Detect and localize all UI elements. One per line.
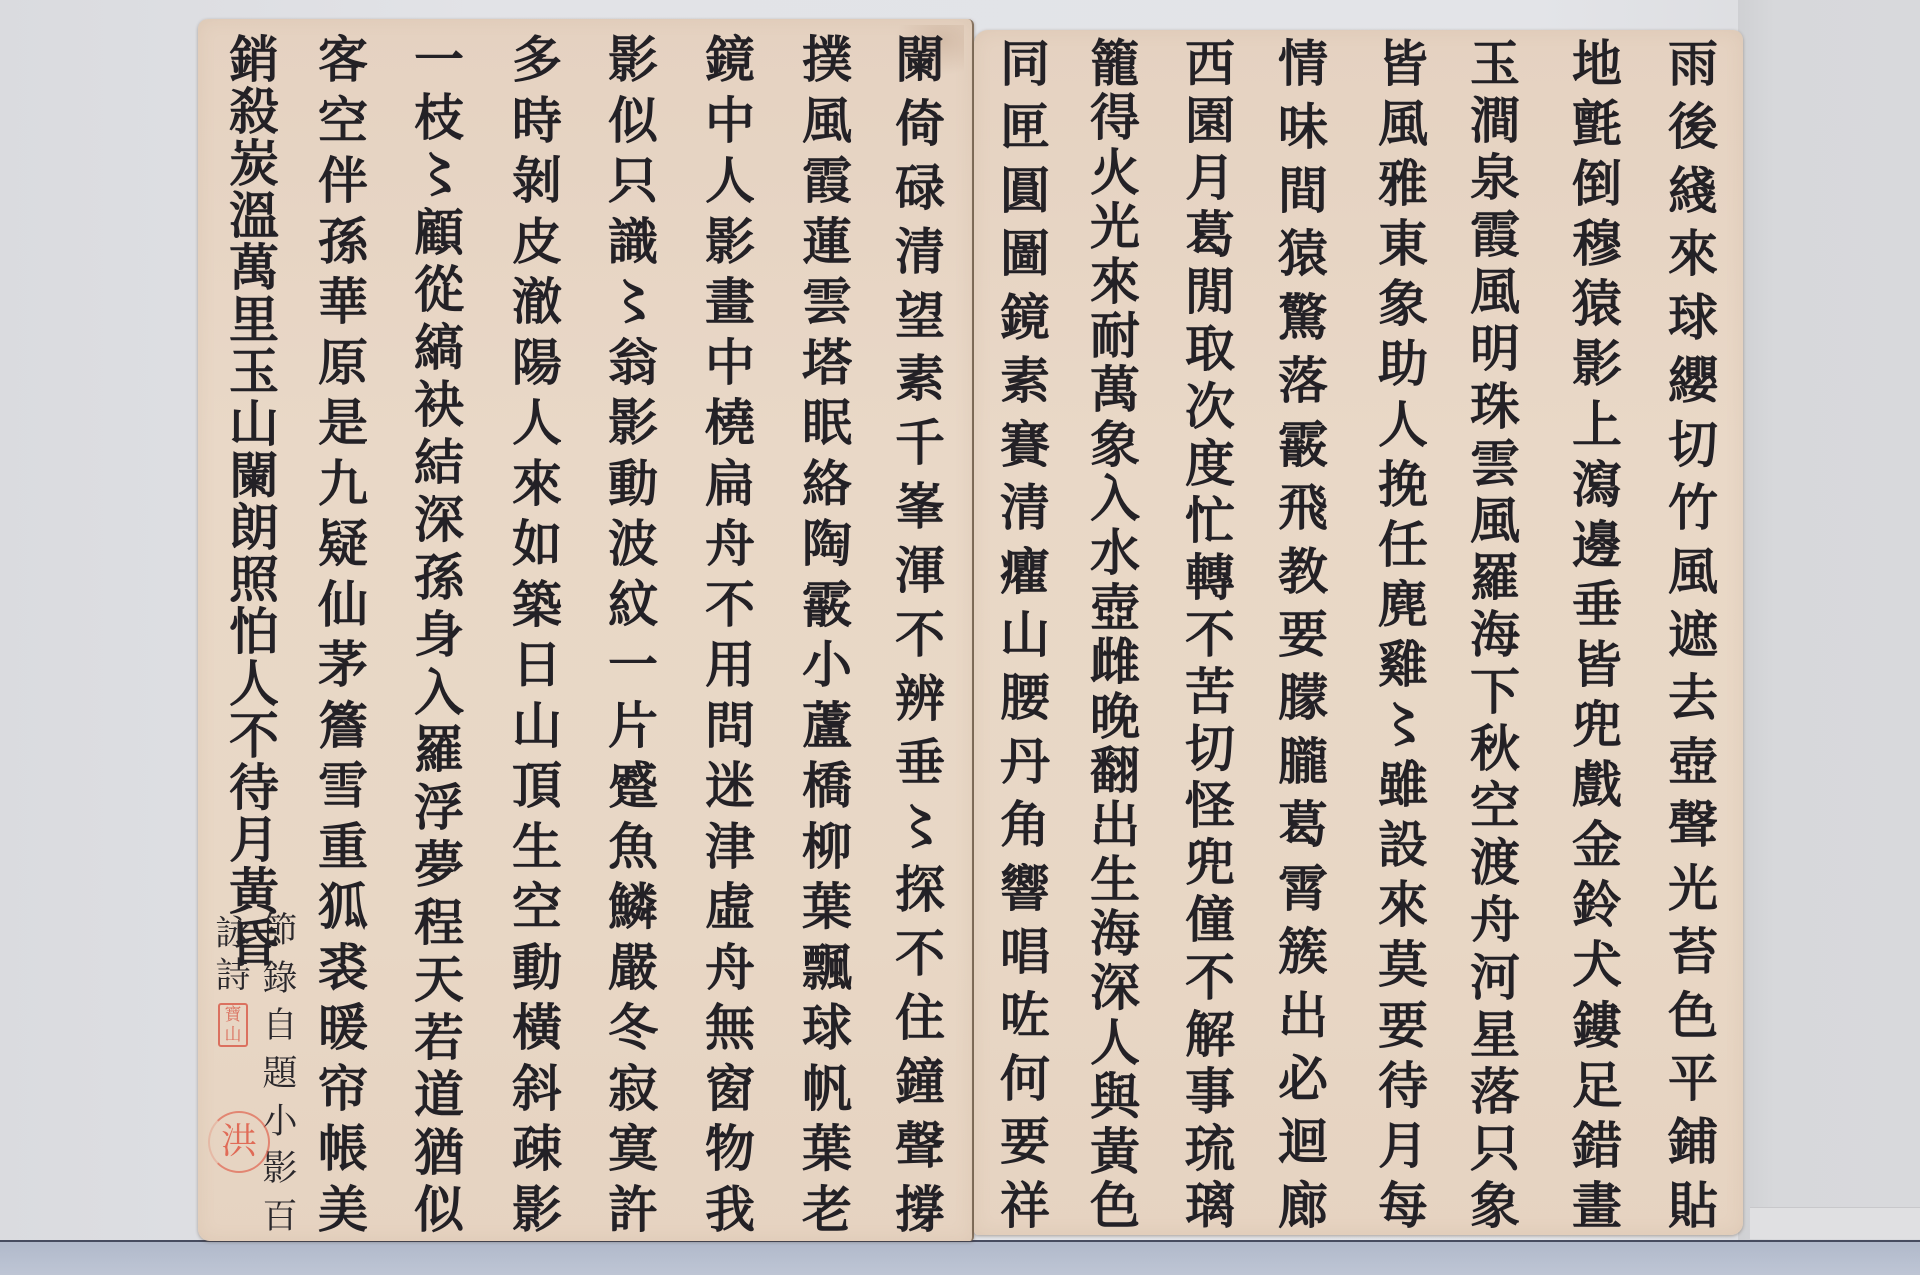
calligraphy-character: 西 — [1185, 38, 1235, 90]
calligraphy-character: 怕 — [229, 606, 279, 658]
calligraphy-character: 物 — [705, 1123, 755, 1175]
calligraphy-character: 窗 — [705, 1063, 755, 1115]
calligraphy-character: 動 — [512, 942, 562, 994]
calligraphy-character: 渾 — [895, 545, 945, 597]
calligraphy-character: 住 — [895, 992, 945, 1044]
calligraphy-character: 柳 — [802, 821, 852, 873]
calligraphy-character: 片 — [608, 700, 658, 752]
calligraphy-character: 畫 — [705, 276, 755, 328]
calligraphy-character: 壺 — [1090, 582, 1140, 634]
calligraphy-character: 空 — [1470, 780, 1520, 832]
calligraphy-character: 來 — [512, 458, 562, 510]
calligraphy-character: 鏤 — [1572, 1000, 1622, 1052]
calligraphy-character: 情 — [1278, 38, 1328, 90]
calligraphy-character: 次 — [1185, 381, 1235, 433]
calligraphy-character: 秋 — [1470, 723, 1520, 775]
calligraphy-character: 鋪 — [1668, 1116, 1718, 1168]
text-column-8: 銷殺炭溫萬里玉山闌朗照怕人不待月黃昏 — [224, 34, 284, 931]
text-column-4: 影似只識〻翁影動波紋一片蹙魚鱗嚴冬寂寞許 — [603, 34, 663, 1236]
calligraphy-character: 去 — [1668, 672, 1718, 724]
calligraphy-character: 美 — [318, 1184, 368, 1236]
calligraphy-character: 塔 — [802, 337, 852, 389]
calligraphy-character: 舟 — [705, 518, 755, 570]
text-column-2: 撲風霞蓮雲塔眠絡陶霰小蘆橋柳葉飄球帆葉老 — [797, 34, 857, 1236]
calligraphy-character: 閒 — [1185, 266, 1235, 318]
calligraphy-character: 寞 — [608, 1123, 658, 1175]
calligraphy-character: 雅 — [1378, 158, 1428, 210]
calligraphy-character: 闌 — [229, 450, 279, 502]
calligraphy-character: 若 — [414, 1012, 464, 1064]
calligraphy-character: 頂 — [512, 760, 562, 812]
calligraphy-character: 火 — [1090, 147, 1140, 199]
text-column-5: 多時剝皮澈陽人來如築日山頂生空動橫斜疎影 — [507, 34, 567, 1236]
text-column-2: 地氈倒穆猿影上瀉邊垂皆兜戲金鈴犬鏤足錯畫 — [1567, 38, 1627, 1232]
calligraphy-character: 黃 — [1090, 1126, 1140, 1178]
calligraphy-character: 皆 — [1378, 38, 1428, 90]
calligraphy-character: 原 — [318, 337, 368, 389]
calligraphy-character: 陽 — [512, 337, 562, 389]
calligraphy-character: 老 — [802, 1184, 852, 1236]
calligraphy-character: 海 — [1470, 609, 1520, 661]
calligraphy-character: 設 — [1378, 819, 1428, 871]
text-column-3: 玉澗泉霞風明珠雲風羅海下秋空渡舟河星落只象 — [1465, 38, 1525, 1232]
calligraphy-character: 生 — [512, 821, 562, 873]
calligraphy-character: 聲 — [1668, 799, 1718, 851]
calligraphy-character: 來 — [1090, 256, 1140, 308]
calligraphy-character: 峯 — [895, 481, 945, 533]
calligraphy-character: 夢 — [414, 839, 464, 891]
calligraphy-character: 每 — [1378, 1180, 1428, 1232]
calligraphy-character: 里 — [229, 294, 279, 346]
calligraphy-character: 殺 — [229, 86, 279, 138]
calligraphy-character: 深 — [414, 494, 464, 546]
calligraphy-character: 碌 — [895, 162, 945, 214]
calligraphy-character: 星 — [1470, 1009, 1520, 1061]
calligraphy-character: 腰 — [1000, 672, 1050, 724]
calligraphy-character: 蓮 — [802, 216, 852, 268]
calligraphy-character: 陶 — [802, 518, 852, 570]
calligraphy-character: 風 — [1378, 98, 1428, 150]
calligraphy-character: 間 — [1278, 165, 1328, 217]
calligraphy-character: 探 — [895, 864, 945, 916]
calligraphy-character: 雲 — [1470, 438, 1520, 490]
calligraphy-character: 下 — [1470, 666, 1520, 718]
calligraphy-character: 河 — [1470, 952, 1520, 1004]
calligraphy-character: 角 — [1000, 799, 1050, 851]
calligraphy-character: 倚 — [895, 98, 945, 150]
calligraphy-character: 要 — [1000, 1116, 1050, 1168]
calligraphy-character: 〻 — [414, 149, 464, 201]
calligraphy-character: 飄 — [802, 942, 852, 994]
calligraphy-character: 教 — [1278, 546, 1328, 598]
calligraphy-character: 色 — [1090, 1180, 1140, 1232]
calligraphy-character: 仙 — [318, 579, 368, 631]
calligraphy-character: 助 — [1378, 338, 1428, 390]
calligraphy-character: 風 — [1470, 266, 1520, 318]
calligraphy-character: 影 — [608, 34, 658, 86]
calligraphy-character: 唱 — [1000, 926, 1050, 978]
calligraphy-character: 猶 — [414, 1127, 464, 1179]
calligraphy-character: 空 — [512, 881, 562, 933]
calligraphy-character: 琉 — [1185, 1123, 1235, 1175]
calligraphy-character: 球 — [802, 1002, 852, 1054]
calligraphy-character: 圖 — [1000, 228, 1050, 280]
calligraphy-character: 撐 — [895, 1184, 945, 1236]
calligraphy-character: 畫 — [1572, 1180, 1622, 1232]
calligraphy-character: 寂 — [608, 1063, 658, 1115]
text-column-5: 情味間猿驚落霰飛教要朦朧葛霄簇出必迴廊 — [1273, 38, 1333, 1232]
text-column-4: 皆風雅東象助人挽任麂雞〻雖設來莫要待月每 — [1373, 38, 1433, 1232]
calligraphy-character: 咗 — [1000, 990, 1050, 1042]
calligraphy-character: 翁 — [608, 337, 658, 389]
calligraphy-character: 朗 — [229, 502, 279, 554]
inscription-side: 詠詩 — [211, 915, 255, 995]
calligraphy-character: 中 — [705, 337, 755, 389]
calligraphy-character: 自 — [262, 1007, 297, 1045]
calligraphy-character: 鱗 — [608, 881, 658, 933]
calligraphy-character: 寶 — [225, 1006, 242, 1025]
calligraphy-character: 月 — [1378, 1120, 1428, 1172]
calligraphy-character: 築 — [512, 579, 562, 631]
calligraphy-character: 轉 — [1185, 552, 1235, 604]
calligraphy-character: 許 — [608, 1184, 658, 1236]
calligraphy-character: 簷 — [318, 700, 368, 752]
calligraphy-character: 照 — [229, 554, 279, 606]
round-seal: 洪 — [208, 1111, 270, 1173]
calligraphy-character: 簇 — [1278, 926, 1328, 978]
calligraphy-character: 影 — [705, 216, 755, 268]
calligraphy-character: 小 — [802, 639, 852, 691]
calligraphy-character: 〻 — [1378, 699, 1428, 751]
calligraphy-character: 萬 — [1090, 364, 1140, 416]
calligraphy-character: 山 — [1000, 609, 1050, 661]
calligraphy-character: 不 — [1185, 952, 1235, 1004]
calligraphy-character: 狐 — [318, 881, 368, 933]
calligraphy-character: 度 — [1185, 438, 1235, 490]
calligraphy-character: 天 — [414, 954, 464, 1006]
calligraphy-character: 深 — [1090, 962, 1140, 1014]
calligraphy-character: 渡 — [1470, 837, 1520, 889]
calligraphy-character: 雪 — [318, 760, 368, 812]
calligraphy-character: 戲 — [1572, 759, 1622, 811]
calligraphy-character: 日 — [512, 639, 562, 691]
calligraphy-character: 玉 — [1470, 38, 1520, 90]
calligraphy-character: 丹 — [1000, 736, 1050, 788]
calligraphy-character: 葉 — [802, 881, 852, 933]
calligraphy-character: 山 — [512, 700, 562, 752]
calligraphy-character: 虛 — [705, 881, 755, 933]
calligraphy-character: 兜 — [1185, 837, 1235, 889]
calligraphy-character: 猿 — [1572, 278, 1622, 330]
calligraphy-character: 犬 — [1572, 939, 1622, 991]
calligraphy-character: 園 — [1185, 95, 1235, 147]
calligraphy-character: 人 — [1378, 399, 1428, 451]
calligraphy-character: 斜 — [512, 1063, 562, 1115]
calligraphy-character: 耐 — [1090, 310, 1140, 362]
calligraphy-character: 茅 — [318, 639, 368, 691]
calligraphy-character: 冬 — [608, 1002, 658, 1054]
calligraphy-character: 客 — [318, 34, 368, 86]
calligraphy-character: 象 — [1470, 1180, 1520, 1232]
calligraphy-character: 光 — [1090, 201, 1140, 253]
calligraphy-character: 萬 — [229, 242, 279, 294]
calligraphy-character: 山 — [229, 398, 279, 450]
calligraphy-character: 問 — [705, 700, 755, 752]
calligraphy-character: 解 — [1185, 1009, 1235, 1061]
text-column-7: 籠得火光來耐萬象入水壺雌晚翻出生海深人與黃色 — [1085, 38, 1145, 1232]
calligraphy-character: 水 — [1090, 527, 1140, 579]
calligraphy-character: 來 — [1668, 228, 1718, 280]
calligraphy-character: 識 — [608, 216, 658, 268]
calligraphy-character: 貼 — [1668, 1180, 1718, 1232]
calligraphy-character: 疎 — [512, 1123, 562, 1175]
calligraphy-character: 顧 — [414, 207, 464, 259]
calligraphy-character: 雨 — [1668, 38, 1718, 90]
calligraphy-character: 舟 — [705, 942, 755, 994]
calligraphy-character: 氈 — [1572, 98, 1622, 150]
calligraphy-character: 必 — [1278, 1053, 1328, 1105]
calligraphy-character: 溫 — [229, 190, 279, 242]
calligraphy-character: 帳 — [318, 1123, 368, 1175]
calligraphy-character: 金 — [1572, 819, 1622, 871]
calligraphy-character: 時 — [512, 95, 562, 147]
calligraphy-character: 伴 — [318, 155, 368, 207]
calligraphy-character: 袂 — [414, 379, 464, 431]
calligraphy-character: 聲 — [895, 1120, 945, 1172]
calligraphy-character: 風 — [1470, 495, 1520, 547]
calligraphy-character: 辨 — [895, 673, 945, 725]
calligraphy-character: 縞 — [414, 322, 464, 374]
calligraphy-character: 雖 — [1378, 759, 1428, 811]
calligraphy-character: 絡 — [802, 458, 852, 510]
calligraphy-character: 綫 — [1668, 165, 1718, 217]
calligraphy-character: 雌 — [1090, 636, 1140, 688]
calligraphy-character: 何 — [1000, 1053, 1050, 1105]
board-lip — [1750, 1207, 1920, 1239]
calligraphy-character: 切 — [1668, 419, 1718, 471]
calligraphy-character: 帘 — [318, 1063, 368, 1115]
calligraphy-character: 璃 — [1185, 1180, 1235, 1232]
calligraphy-character: 與 — [1090, 1071, 1140, 1123]
calligraphy-character: 月 — [229, 814, 279, 866]
inscription-main: 節錄自題小影百 — [258, 912, 302, 1236]
text-column-3: 鏡中人影畫中橈扁舟不用問迷津虛舟無窗物我 — [700, 34, 760, 1236]
calligraphy-character: 要 — [1278, 609, 1328, 661]
calligraphy-character: 如 — [512, 518, 562, 570]
calligraphy-character: 橋 — [802, 760, 852, 812]
calligraphy-character: 任 — [1378, 519, 1428, 571]
calligraphy-character: 匣 — [1000, 101, 1050, 153]
calligraphy-character: 波 — [608, 518, 658, 570]
calligraphy-character: 取 — [1185, 323, 1235, 375]
calligraphy-character: 驚 — [1278, 292, 1328, 344]
calligraphy-character: 出 — [1090, 799, 1140, 851]
text-column-6: 西園月葛閒取次度忙轉不苦切怪兜僮不解事琉璃 — [1180, 38, 1240, 1232]
calligraphy-character: 挽 — [1378, 459, 1428, 511]
calligraphy-character: 千 — [895, 417, 945, 469]
calligraphy-character: 足 — [1572, 1060, 1622, 1112]
calligraphy-character: 霰 — [802, 579, 852, 631]
calligraphy-character: 壺 — [1668, 736, 1718, 788]
calligraphy-character: 眠 — [802, 397, 852, 449]
calligraphy-character: 迴 — [1278, 1116, 1328, 1168]
calligraphy-character: 清 — [1000, 482, 1050, 534]
calligraphy-character: 垂 — [895, 737, 945, 789]
calligraphy-character: 雲 — [802, 276, 852, 328]
calligraphy-character: 結 — [414, 437, 464, 489]
calligraphy-character: 朧 — [1278, 736, 1328, 788]
calligraphy-character: 枝 — [414, 92, 464, 144]
text-column-6: 一枝〻顧從縞袂結深孫身入羅浮夢程天若道猶似 — [409, 34, 469, 1236]
calligraphy-character: 忙 — [1185, 495, 1235, 547]
calligraphy-character: 霞 — [1470, 209, 1520, 261]
calligraphy-character: 影 — [262, 1150, 297, 1188]
calligraphy-character: 鐘 — [895, 1056, 945, 1108]
calligraphy-character: 籠 — [1090, 38, 1140, 90]
calligraphy-character: 人 — [512, 397, 562, 449]
calligraphy-character: 象 — [1090, 419, 1140, 471]
calligraphy-character: 詠 — [215, 915, 250, 953]
calligraphy-character: 生 — [1090, 854, 1140, 906]
calligraphy-character: 影 — [608, 397, 658, 449]
calligraphy-character: 球 — [1668, 292, 1718, 344]
calligraphy-character: 事 — [1185, 1066, 1235, 1118]
calligraphy-character: 霞 — [802, 155, 852, 207]
calligraphy-character: 疑 — [318, 518, 368, 570]
calligraphy-character: 纓 — [1668, 355, 1718, 407]
calligraphy-character: 月 — [1185, 152, 1235, 204]
calligraphy-character: 孫 — [318, 216, 368, 268]
calligraphy-character: 炭 — [229, 138, 279, 190]
calligraphy-character: 橈 — [705, 397, 755, 449]
calligraphy-character: 暖 — [318, 1002, 368, 1054]
calligraphy-character: 莫 — [1378, 939, 1428, 991]
calligraphy-character: 葉 — [802, 1123, 852, 1175]
calligraphy-character: 羅 — [1470, 552, 1520, 604]
calligraphy-character: 剝 — [512, 155, 562, 207]
calligraphy-character: 不 — [705, 579, 755, 631]
text-column-1: 雨後綫來球纓切竹風遮去壺聲光苔色平鋪貼 — [1663, 38, 1723, 1232]
calligraphy-character: 多 — [512, 34, 562, 86]
calligraphy-character: 後 — [1668, 101, 1718, 153]
calligraphy-character: 影 — [512, 1184, 562, 1236]
calligraphy-character: 錯 — [1572, 1120, 1622, 1172]
text-column-7: 客空伴孫華原是九疑仙茅簷雪重狐裘暖帘帳美 — [313, 34, 373, 1236]
calligraphy-character: 動 — [608, 458, 658, 510]
calligraphy-character: 蘆 — [802, 700, 852, 752]
calligraphy-character: 穆 — [1572, 218, 1622, 270]
calligraphy-character: 銷 — [229, 34, 279, 86]
calligraphy-character: 飛 — [1278, 482, 1328, 534]
calligraphy-character: 只 — [608, 155, 658, 207]
calligraphy-character: 東 — [1378, 218, 1428, 270]
table-surface — [0, 1240, 1920, 1275]
calligraphy-character: 得 — [1090, 92, 1140, 144]
calligraphy-character: 苦 — [1185, 666, 1235, 718]
calligraphy-character: 響 — [1000, 863, 1050, 915]
calligraphy-character: 浮 — [414, 782, 464, 834]
calligraphy-character: 皮 — [512, 216, 562, 268]
calligraphy-character: 蹙 — [608, 760, 658, 812]
calligraphy-character: 道 — [414, 1069, 464, 1121]
calligraphy-character: 紋 — [608, 579, 658, 631]
calligraphy-character: 珠 — [1470, 381, 1520, 433]
calligraphy-character: 人 — [705, 155, 755, 207]
calligraphy-character: 入 — [414, 667, 464, 719]
calligraphy-character: 中 — [705, 95, 755, 147]
calligraphy-character: 鏡 — [705, 34, 755, 86]
calligraphy-character: 橫 — [512, 1002, 562, 1054]
calligraphy-character: 落 — [1278, 355, 1328, 407]
calligraphy-character: 鏡 — [1000, 292, 1050, 344]
calligraphy-character: 澈 — [512, 276, 562, 328]
calligraphy-character: 節 — [262, 912, 297, 950]
calligraphy-character: 我 — [705, 1184, 755, 1236]
calligraphy-character: 僮 — [1185, 894, 1235, 946]
calligraphy-character: 鈴 — [1572, 879, 1622, 931]
calligraphy-character: 兜 — [1572, 699, 1622, 751]
calligraphy-character: 山 — [225, 1026, 242, 1045]
calligraphy-character: 出 — [1278, 990, 1328, 1042]
calligraphy-character: 不 — [1185, 609, 1235, 661]
calligraphy-character: 重 — [318, 821, 368, 873]
calligraphy-character: 不 — [895, 928, 945, 980]
calligraphy-character: 同 — [1000, 38, 1050, 90]
photo-stage: 闌倚碌清望素千峯渾不辨垂〻探不住鐘聲撐 撲風霞蓮雲塔眠絡陶霰小蘆橋柳葉飄球帆葉老… — [0, 0, 1920, 1275]
calligraphy-character: 百 — [262, 1198, 297, 1236]
calligraphy-character: 遮 — [1668, 609, 1718, 661]
calligraphy-character: 落 — [1470, 1066, 1520, 1118]
left-page: 闌倚碌清望素千峯渾不辨垂〻探不住鐘聲撐 撲風霞蓮雲塔眠絡陶霰小蘆橋柳葉飄球帆葉老… — [198, 19, 974, 1241]
calligraphy-character: 麂 — [1378, 579, 1428, 631]
calligraphy-character: 雞 — [1378, 639, 1428, 691]
calligraphy-character: 只 — [1470, 1123, 1520, 1175]
calligraphy-character: 裘 — [318, 942, 368, 994]
calligraphy-character: 苔 — [1668, 926, 1718, 978]
calligraphy-character: 人 — [1090, 1017, 1140, 1069]
calligraphy-character: 邊 — [1572, 519, 1622, 571]
calligraphy-character: 平 — [1668, 1053, 1718, 1105]
calligraphy-character: 猿 — [1278, 228, 1328, 280]
calligraphy-character: 用 — [705, 639, 755, 691]
calligraphy-character: 似 — [608, 95, 658, 147]
calligraphy-character: 迷 — [705, 760, 755, 812]
calligraphy-character: 葛 — [1278, 799, 1328, 851]
calligraphy-character: 竹 — [1668, 482, 1718, 534]
calligraphy-character: 錄 — [262, 960, 297, 998]
calligraphy-character: 詩 — [215, 957, 250, 995]
calligraphy-character: 望 — [895, 290, 945, 342]
calligraphy-character: 怪 — [1185, 780, 1235, 832]
calligraphy-character: 從 — [414, 264, 464, 316]
calligraphy-character: 味 — [1278, 101, 1328, 153]
calligraphy-character: 廊 — [1278, 1180, 1328, 1232]
calligraphy-character: 明 — [1470, 323, 1520, 375]
backing-board — [1738, 0, 1920, 1240]
calligraphy-character: 入 — [1090, 473, 1140, 525]
calligraphy-character: 一 — [414, 34, 464, 86]
calligraphy-character: 要 — [1378, 1000, 1428, 1052]
calligraphy-character: 帆 — [802, 1063, 852, 1115]
calligraphy-character: 圓 — [1000, 165, 1050, 217]
calligraphy-character: 孫 — [414, 552, 464, 604]
calligraphy-character: 倒 — [1572, 158, 1622, 210]
text-column-8: 同匣圓圖鏡素賽清癯山腰丹角響唱咗何要祥 — [995, 38, 1055, 1232]
calligraphy-character: 似 — [414, 1184, 464, 1236]
calligraphy-character: 題 — [262, 1055, 297, 1093]
calligraphy-character: 程 — [414, 897, 464, 949]
calligraphy-character: 晚 — [1090, 691, 1140, 743]
